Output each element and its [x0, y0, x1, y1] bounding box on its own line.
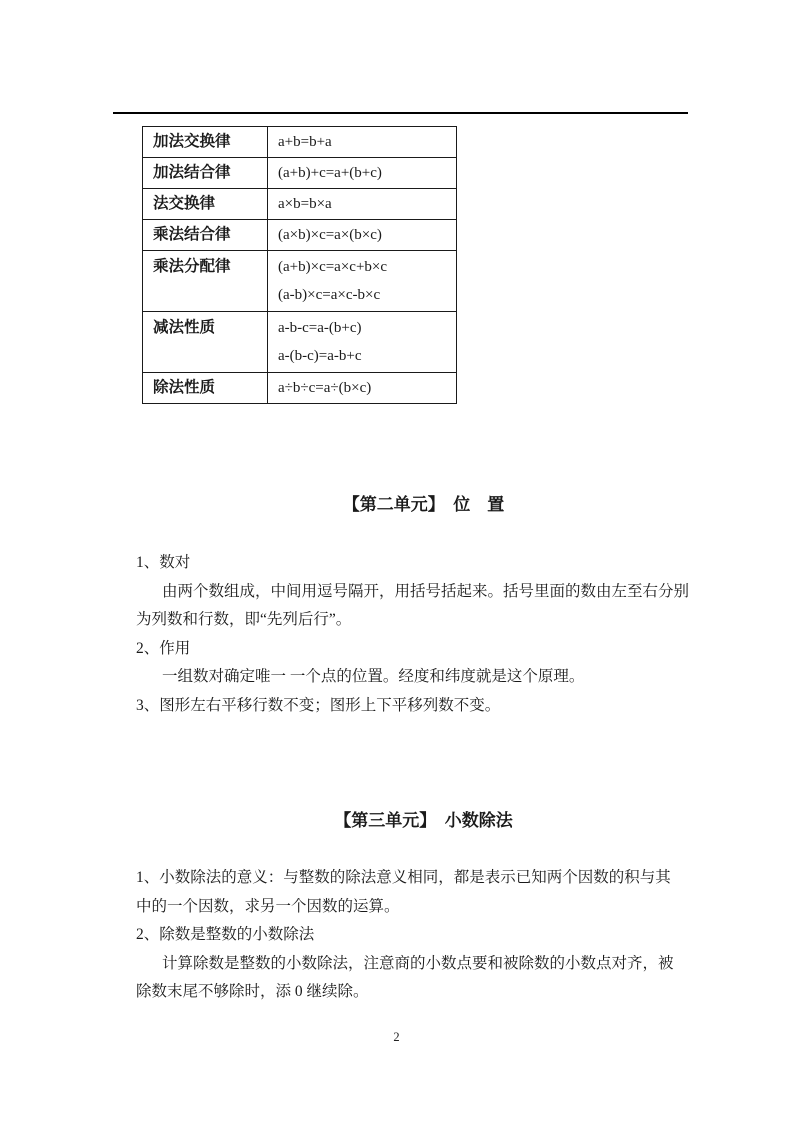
formula-line: (a-b)×c=a×c-b×c: [278, 281, 446, 309]
table-row: 法交换律 a×b=b×a: [143, 189, 457, 220]
formula-cell: (a+b)+c=a+(b+c): [268, 158, 457, 189]
text-line: 3、图形左右平移行数不变；图形上下平移列数不变。: [136, 692, 681, 721]
formula-cell: a×b=b×a: [268, 189, 457, 220]
text-line: 由两个数组成，中间用逗号隔开，用括号括起来。括号里面的数由左至右分别: [136, 578, 681, 607]
formula-line: a×b=b×a: [278, 190, 446, 218]
formula-line: a-(b-c)=a-b+c: [278, 342, 446, 370]
formula-line: a÷b÷c=a÷(b×c): [278, 374, 446, 402]
document-page: 加法交换律 a+b=b+a 加法结合律 (a+b)+c=a+(b+c) 法交换律…: [0, 0, 793, 1122]
table-row: 除法性质 a÷b÷c=a÷(b×c): [143, 373, 457, 404]
law-name-cell: 减法性质: [143, 312, 268, 373]
law-name-cell: 加法结合律: [143, 158, 268, 189]
law-name-cell: 乘法分配律: [143, 251, 268, 312]
section-title-unit2: 【第二单元】 位 置: [136, 494, 711, 516]
section-body-unit2: 1、数对 由两个数组成，中间用逗号隔开，用括号括起来。括号里面的数由左至右分别 …: [136, 549, 681, 720]
formula-cell: (a+b)×c=a×c+b×c (a-b)×c=a×c-b×c: [268, 251, 457, 312]
text-line: 除数末尾不够除时，添 0 继续除。: [136, 978, 681, 1007]
table-row: 加法结合律 (a+b)+c=a+(b+c): [143, 158, 457, 189]
formula-cell: a+b=b+a: [268, 127, 457, 158]
text-line: 2、作用: [136, 635, 681, 664]
page-number: 2: [0, 1030, 793, 1045]
text-line: 一组数对确定唯一 一个点的位置。经度和纬度就是这个原理。: [136, 663, 681, 692]
formula-line: (a+b)+c=a+(b+c): [278, 159, 446, 187]
text-line: 1、数对: [136, 549, 681, 578]
law-name-cell: 加法交换律: [143, 127, 268, 158]
text-line: 计算除数是整数的小数除法，注意商的小数点要和被除数的小数点对齐，被: [136, 950, 681, 979]
section-body-unit3: 1、小数除法的意义：与整数的除法意义相同，都是表示已知两个因数的积与其 中的一个…: [136, 864, 681, 1007]
formula-cell: a-b-c=a-(b+c) a-(b-c)=a-b+c: [268, 312, 457, 373]
text-line: 2、除数是整数的小数除法: [136, 921, 681, 950]
formula-line: a-b-c=a-(b+c): [278, 314, 446, 342]
formula-cell: (a×b)×c=a×(b×c): [268, 220, 457, 251]
law-name-cell: 法交换律: [143, 189, 268, 220]
formula-line: (a×b)×c=a×(b×c): [278, 221, 446, 249]
text-line: 中的一个因数，求另一个因数的运算。: [136, 893, 681, 922]
law-name-cell: 乘法结合律: [143, 220, 268, 251]
table-row: 乘法结合律 (a×b)×c=a×(b×c): [143, 220, 457, 251]
header-rule: [113, 112, 688, 114]
math-laws-table: 加法交换律 a+b=b+a 加法结合律 (a+b)+c=a+(b+c) 法交换律…: [142, 126, 457, 404]
formula-cell: a÷b÷c=a÷(b×c): [268, 373, 457, 404]
formula-line: a+b=b+a: [278, 128, 446, 156]
table-row: 乘法分配律 (a+b)×c=a×c+b×c (a-b)×c=a×c-b×c: [143, 251, 457, 312]
law-name-cell: 除法性质: [143, 373, 268, 404]
section-title-unit3: 【第三单元】 小数除法: [136, 810, 711, 832]
table-row: 减法性质 a-b-c=a-(b+c) a-(b-c)=a-b+c: [143, 312, 457, 373]
text-line: 1、小数除法的意义：与整数的除法意义相同，都是表示已知两个因数的积与其: [136, 864, 681, 893]
text-line: 为列数和行数，即“先列后行”。: [136, 606, 681, 635]
table-row: 加法交换律 a+b=b+a: [143, 127, 457, 158]
formula-line: (a+b)×c=a×c+b×c: [278, 253, 446, 281]
